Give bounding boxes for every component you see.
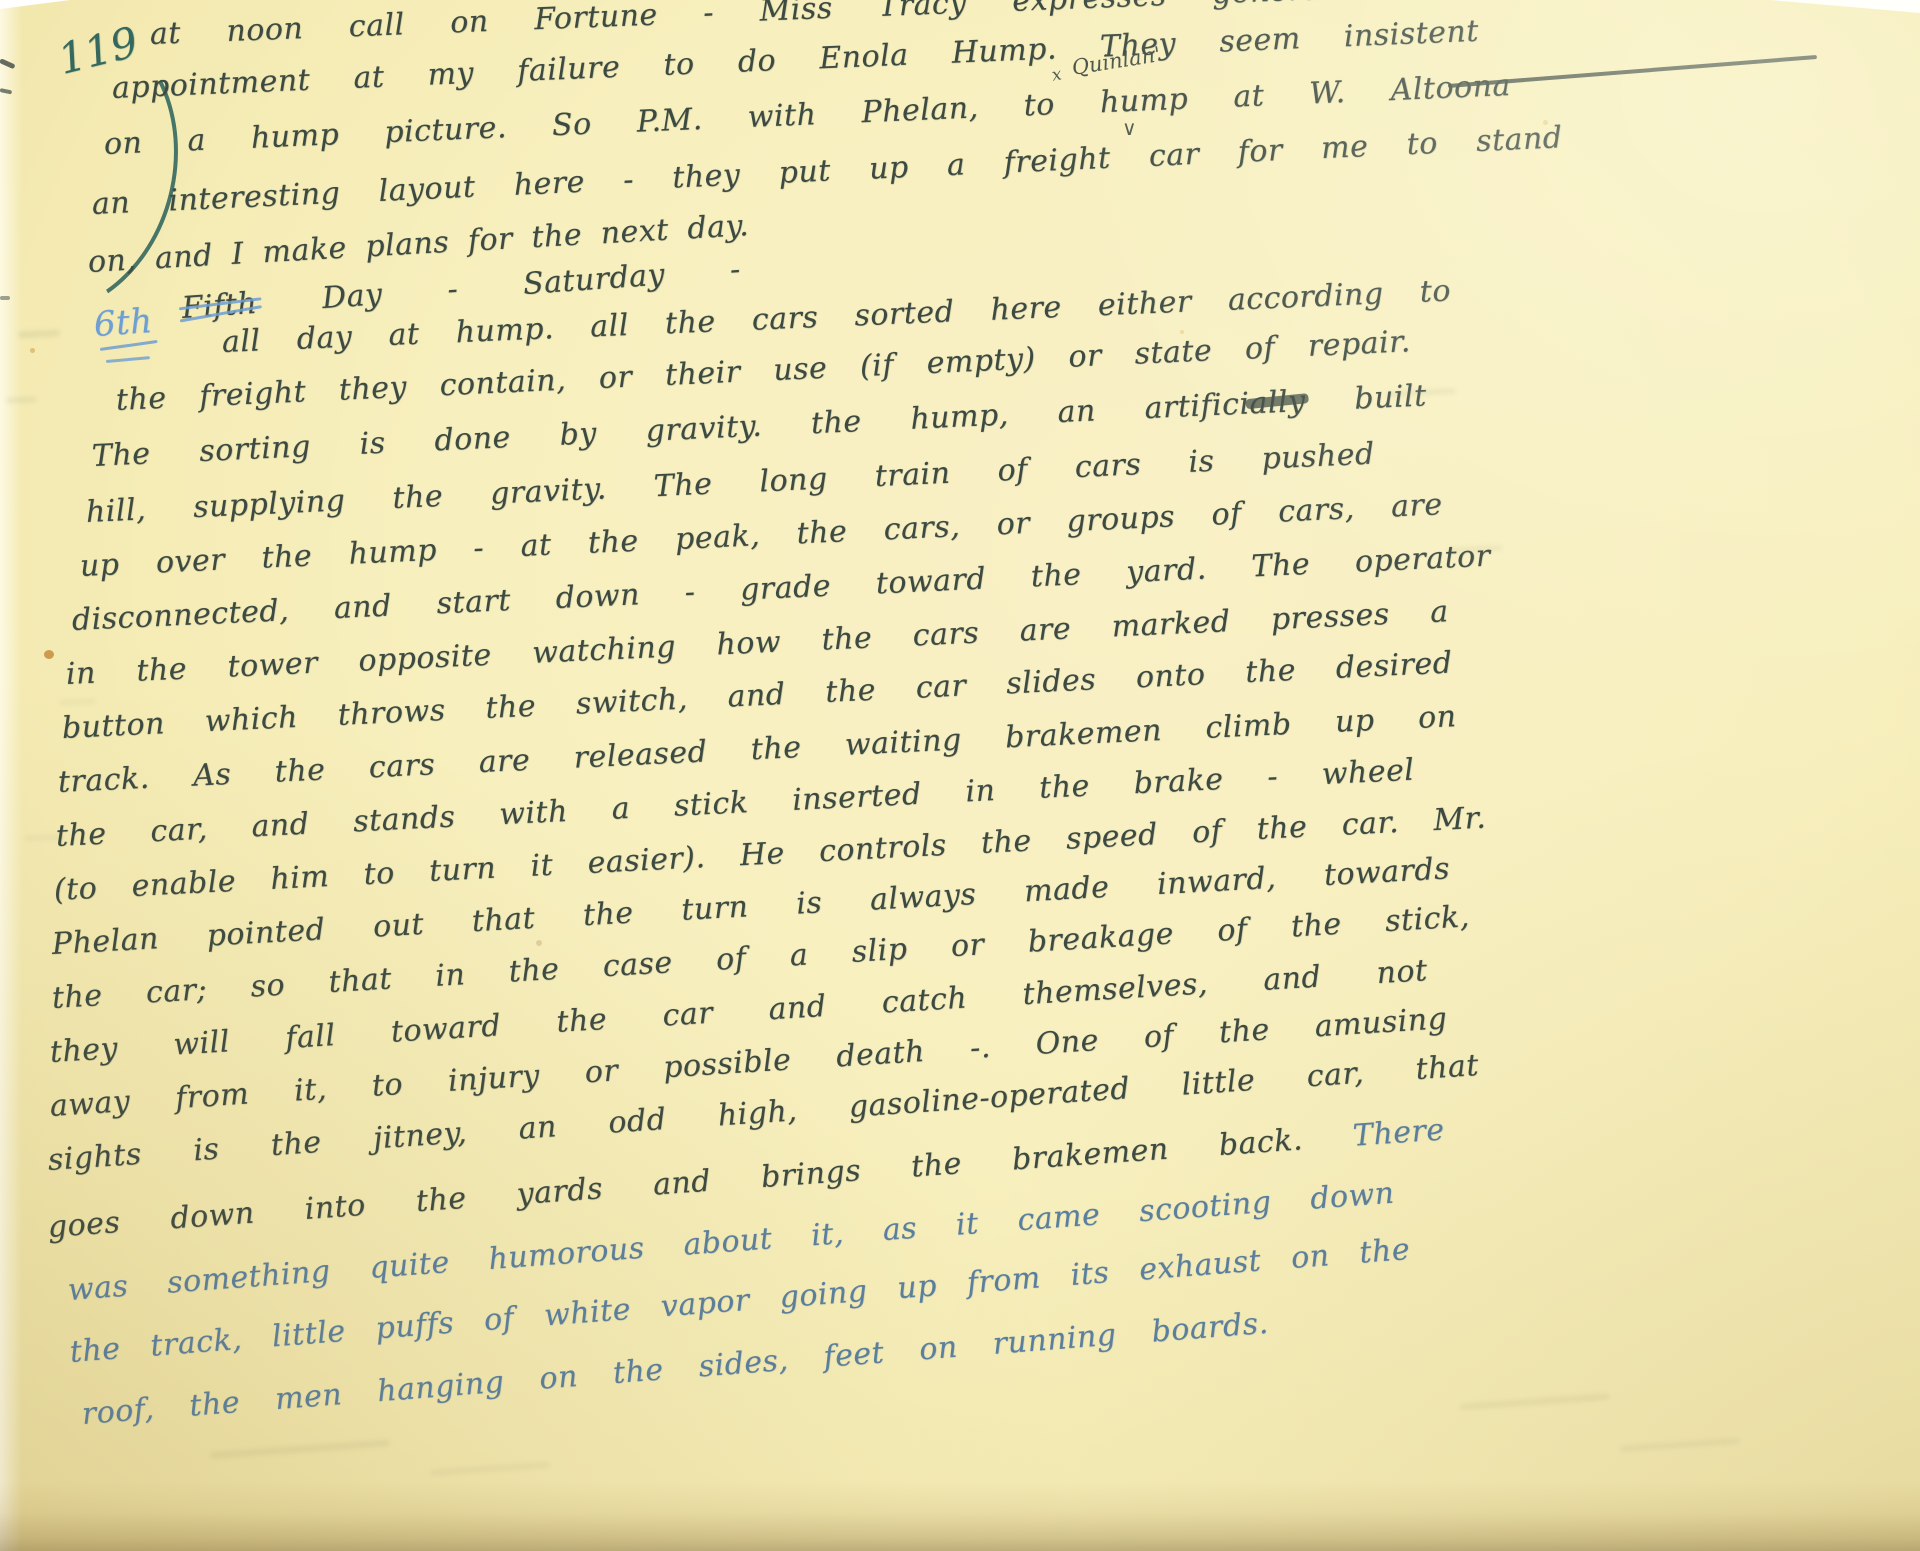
ghost-smudge-8 bbox=[1620, 1438, 1740, 1452]
ghost-smudge-2 bbox=[6, 397, 36, 403]
stain-5 bbox=[1180, 330, 1184, 334]
ghost-smudge-6 bbox=[430, 1462, 550, 1476]
page-corner-top-left bbox=[0, 0, 70, 9]
text-segment: built bbox=[1305, 378, 1428, 418]
six-underline-2 bbox=[106, 356, 150, 363]
edge-cut-mark-3 bbox=[0, 296, 10, 300]
ghost-smudge-5 bbox=[210, 1439, 390, 1459]
page-corner-top-right bbox=[1770, 0, 1920, 13]
handwriting-line: 6th bbox=[92, 296, 175, 349]
scribbled-word: ally bbox=[1248, 379, 1306, 427]
stain-2 bbox=[30, 348, 35, 353]
page-bottom-edge bbox=[0, 1481, 1920, 1551]
stain-3 bbox=[536, 940, 542, 946]
stain-4 bbox=[1543, 120, 1548, 125]
text-segment: 6th bbox=[93, 301, 154, 345]
text-segment: There bbox=[1352, 1112, 1446, 1153]
ghost-smudge-7 bbox=[1460, 1394, 1610, 1410]
ghost-smudge-1 bbox=[18, 330, 60, 338]
stain-1 bbox=[44, 650, 54, 659]
journal-page: 119 at noon call on Fortune - Miss Tracy… bbox=[0, 0, 1920, 1551]
caret-below-icon: ∨ bbox=[1122, 116, 1137, 140]
